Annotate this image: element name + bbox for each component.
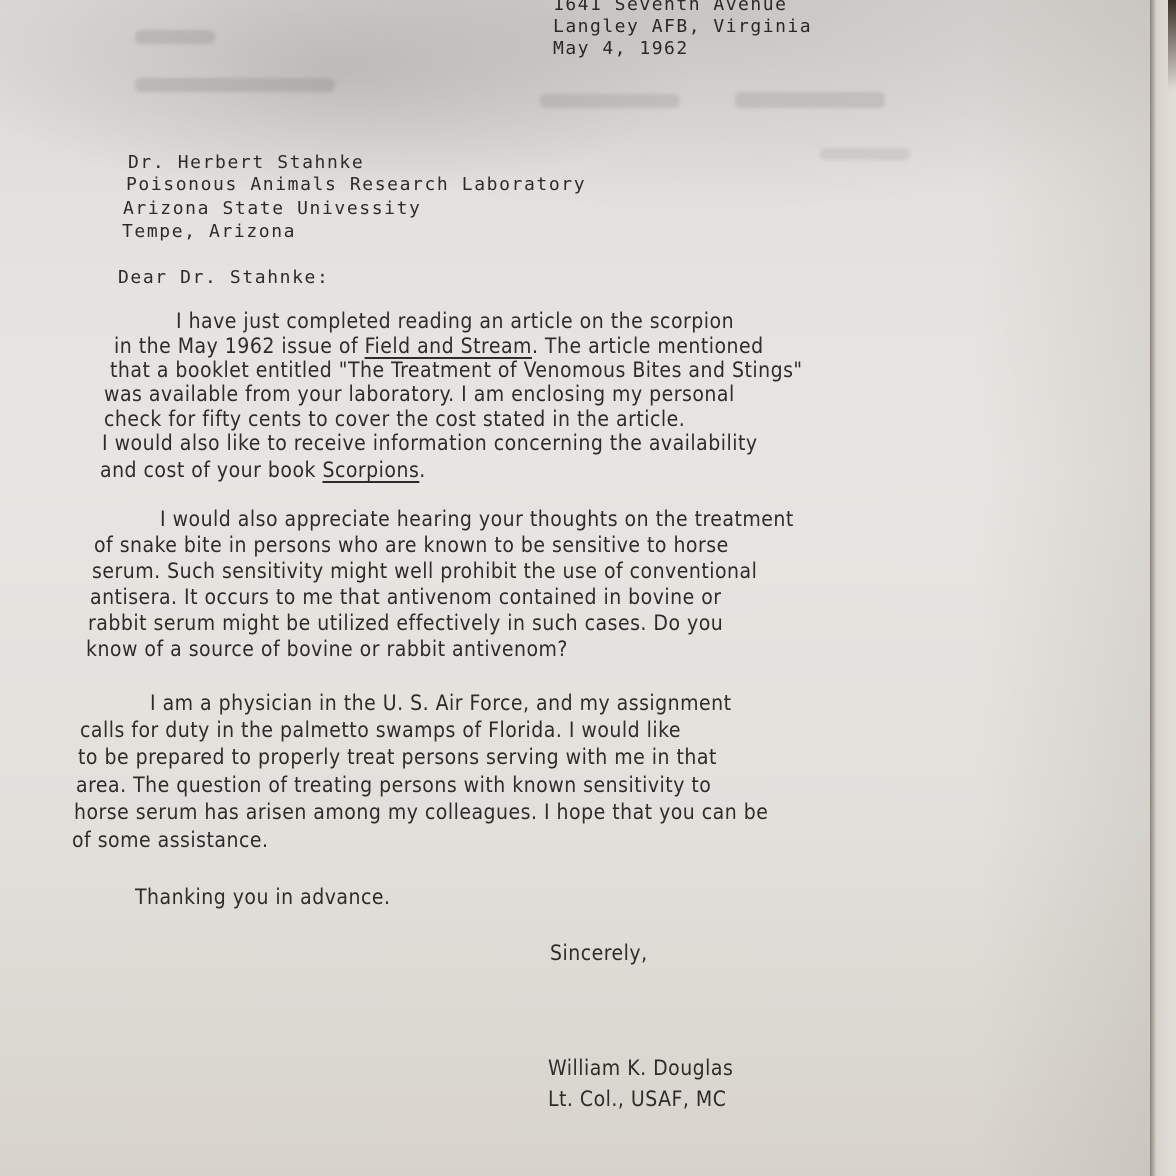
- paragraph-line: I have just completed reading an article…: [176, 309, 734, 333]
- recipient-university: Arizona State Univessity: [123, 198, 422, 219]
- paragraph-line: I would also appreciate hearing your tho…: [160, 507, 794, 531]
- text-fragment: and cost of your book: [100, 458, 322, 482]
- signer-title: Lt. Col., USAF, MC: [548, 1087, 726, 1111]
- paragraph-line: check for fifty cents to cover the cost …: [104, 407, 685, 431]
- paragraph-line: serum. Such sensitivity might well prohi…: [92, 559, 757, 583]
- recipient-city: Tempe, Arizona: [122, 221, 296, 242]
- paragraph-line: in the May 1962 issue of Field and Strea…: [114, 334, 764, 358]
- paragraph-line: of snake bite in persons who are known t…: [94, 533, 729, 557]
- signer-name: William K. Douglas: [548, 1056, 733, 1080]
- letter-page: 1641 Seventh Avenue Langley AFB, Virgini…: [0, 0, 1150, 1176]
- text-fragment: .: [419, 458, 426, 482]
- bleed-through-smudge: [135, 78, 335, 92]
- paragraph-line: antisera. It occurs to me that antivenom…: [90, 585, 722, 609]
- underlying-sheet-edge: [1150, 0, 1176, 1176]
- sender-street: 1641 Seventh Avenue: [553, 0, 787, 15]
- bleed-through-smudge: [135, 30, 215, 44]
- paragraph-line: calls for duty in the palmetto swamps of…: [80, 718, 681, 742]
- magazine-title: Field and Stream: [365, 334, 532, 358]
- recipient-name: Dr. Herbert Stahnke: [128, 152, 364, 173]
- salutation: Dear Dr. Stahnke:: [118, 267, 329, 288]
- recipient-lab: Poisonous Animals Research Laboratory: [126, 174, 586, 195]
- letter-date: May 4, 1962: [553, 38, 689, 59]
- paragraph-line: to be prepared to properly treat persons…: [78, 745, 717, 769]
- paragraph-line: I am a physician in the U. S. Air Force,…: [150, 691, 732, 715]
- paragraph-line: area. The question of treating persons w…: [76, 773, 711, 797]
- bleed-through-smudge: [540, 94, 680, 108]
- paragraph-line: and cost of your book Scorpions.: [100, 458, 426, 482]
- bleed-through-smudge: [735, 92, 885, 108]
- closing-line: Thanking you in advance.: [135, 885, 390, 909]
- paragraph-line: was available from your laboratory. I am…: [104, 382, 735, 406]
- sender-city: Langley AFB, Virginia: [553, 16, 812, 37]
- paragraph-line: horse serum has arisen among my colleagu…: [74, 800, 768, 824]
- background-shadow: [1168, 0, 1176, 90]
- paragraph-line: of some assistance.: [72, 828, 268, 852]
- valediction: Sincerely,: [550, 941, 648, 965]
- text-fragment: in the May 1962 issue of: [114, 334, 365, 358]
- paragraph-line: rabbit serum might be utilized effective…: [88, 611, 723, 635]
- bleed-through-smudge: [820, 148, 910, 160]
- paragraph-line: I would also like to receive information…: [102, 431, 758, 455]
- book-title: Scorpions: [322, 458, 419, 482]
- paragraph-line: know of a source of bovine or rabbit ant…: [86, 637, 568, 661]
- paragraph-line: that a booklet entitled "The Treatment o…: [110, 358, 803, 382]
- text-fragment: . The article mentioned: [532, 334, 764, 358]
